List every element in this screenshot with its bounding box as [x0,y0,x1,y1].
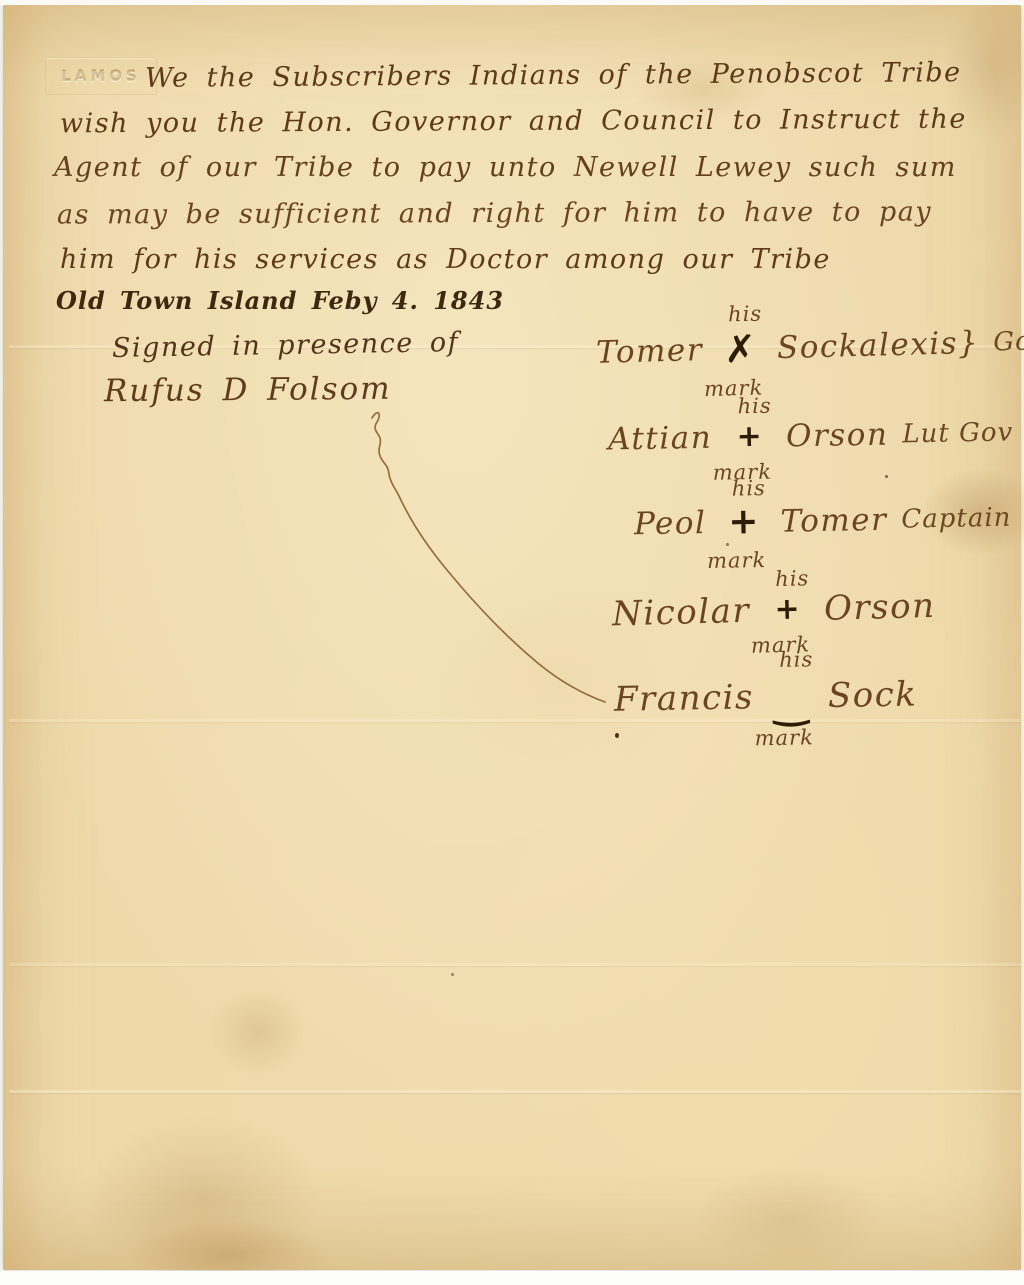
mark-column: his ✗ mark [717,330,764,369]
signature-title: Lut Gov [902,417,1013,449]
letter-line: We the Subscribers Indians of the Penobs… [145,57,962,94]
letter-line: Agent of our Tribe to pay unto Newell Le… [54,152,957,183]
signature-name-right: Sock [828,674,918,716]
scan-edge [0,0,1024,5]
stain [208,987,308,1075]
signature-name-left: Nicolar [612,591,751,635]
signature-title: Gov [993,326,1024,357]
embossed-stamp: LAMOS [45,57,157,95]
signature-name-right: Orson [786,417,889,455]
mark-column: his ‿ mark [768,675,815,718]
mark-label: mark [754,725,814,750]
stain [83,1115,323,1285]
scan-edge [0,1271,1024,1285]
signature-row: Francis his ‿ mark Sock [614,673,932,721]
plus-mark-icon: + [774,595,800,626]
his-label: his [779,647,813,672]
signature-name-left: Francis [614,677,755,719]
fold-crease [9,963,1021,966]
ink-speck [885,475,888,478]
ink-speck [451,973,454,976]
his-label: his [737,394,771,419]
mark-label: mark [707,548,767,573]
signature-name-left: Peol [634,505,707,542]
signature-name-left: Tomer [596,332,704,371]
mark-column: his + mark [764,594,811,625]
signature-name-right: Orson [824,586,936,629]
scan-background: { "document": { "kind": "handwritten pet… [0,0,1024,1285]
letter-line: him for his services as Doctor among our… [60,244,831,275]
letter-line: wish you the Hon. Governor and Council t… [60,104,967,140]
witness-statement: Signed in presence of [112,327,460,364]
dateline: Old Town Island Feby 4. 1843 [56,286,504,315]
ink-speck [726,543,729,546]
dash-mark-icon: ‿ [773,681,809,724]
x-mark-icon: ✗ [724,330,757,369]
mark-column: his + mark [726,422,773,453]
fold-crease [9,719,1021,722]
signature-name-left: Attian [608,420,713,458]
his-label: his [775,566,810,591]
witness-signature: Rufus D Folsom [104,371,392,410]
plus-mark-icon: + [728,504,759,541]
ink-speck [615,733,619,738]
his-label: his [728,302,763,327]
his-label: his [732,476,766,501]
paper-sheet: LAMOS [3,5,1021,1270]
signature-name-right: Sockalexis} [777,325,980,366]
signature-row: Attian his + mark Orson Lut Gov [608,414,1014,457]
signature-title: Captain [901,503,1012,535]
mark-column: his + mark [720,504,767,541]
letter-line: as may be sufficient and right for him t… [57,196,932,230]
stain [693,1165,883,1275]
signature-name-right: Tomer [780,502,888,540]
plus-mark-icon: + [736,422,762,452]
fold-crease [9,1090,1021,1093]
signature-row: Peol his + mark Tomer Captain [634,500,1012,543]
